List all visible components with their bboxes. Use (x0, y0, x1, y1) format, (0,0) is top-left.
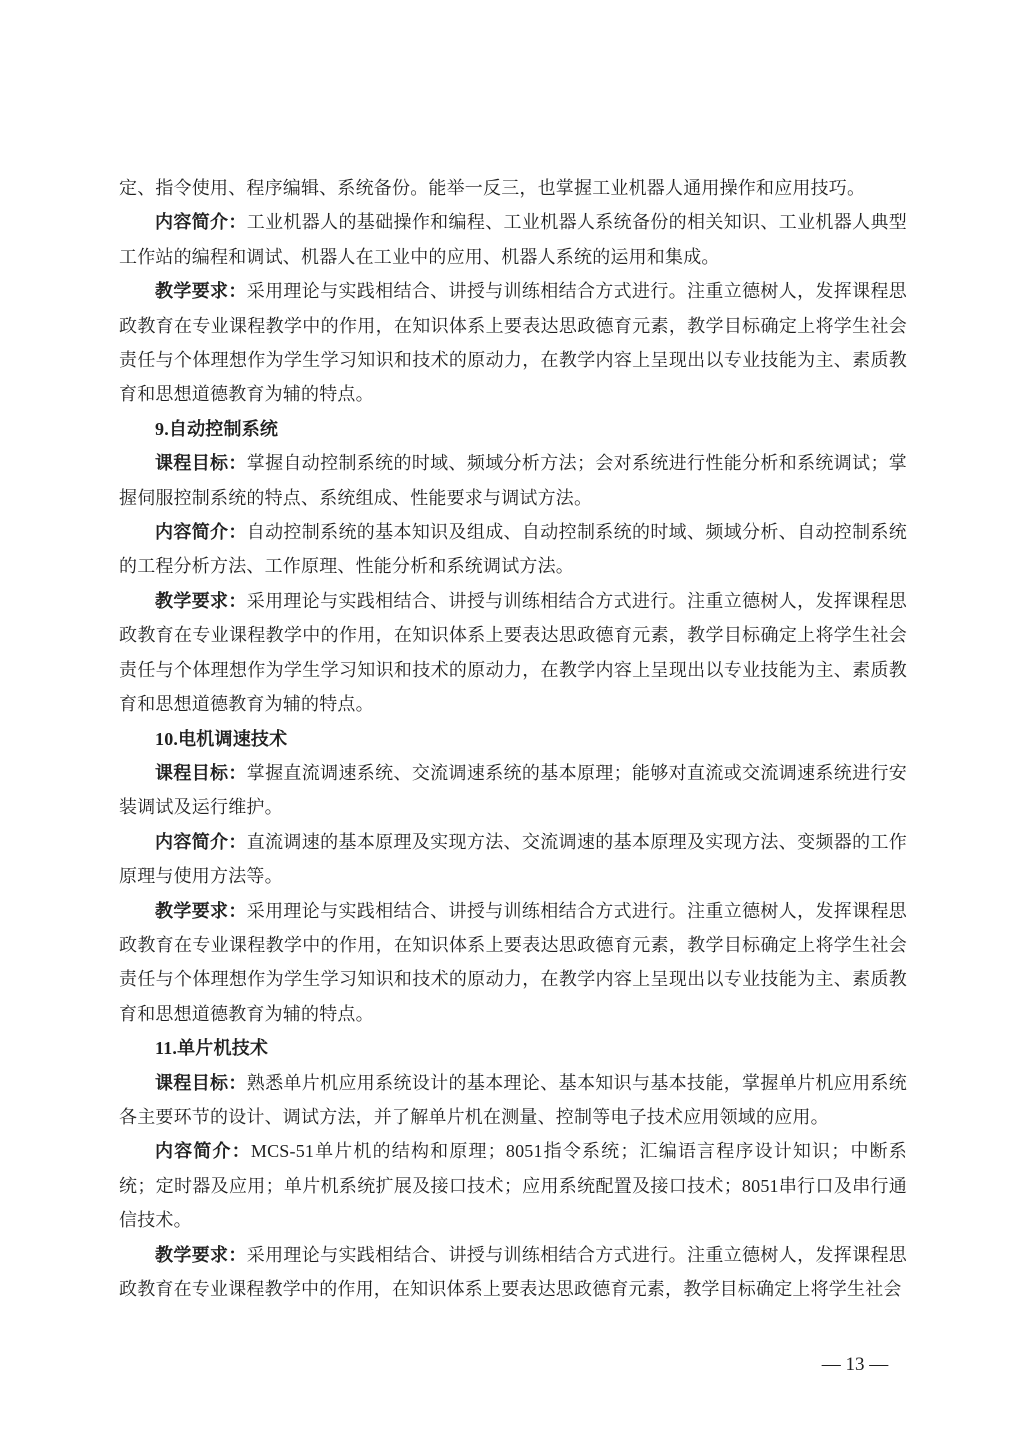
section-heading: 11.单片机技术 (119, 1031, 907, 1065)
paragraph-label: 教学要求： (155, 281, 247, 301)
paragraph: 教学要求：采用理论与实践相结合、讲授与训练相结合方式进行。注重立德树人，发挥课程… (119, 1238, 907, 1307)
paragraph-label: 课程目标： (155, 1073, 247, 1093)
paragraph: 教学要求：采用理论与实践相结合、讲授与训练相结合方式进行。注重立德树人，发挥课程… (119, 584, 907, 722)
paragraph: 教学要求：采用理论与实践相结合、讲授与训练相结合方式进行。注重立德树人，发挥课程… (119, 894, 907, 1032)
paragraph-label: 课程目标： (155, 453, 247, 473)
paragraph: 内容简介：工业机器人的基础操作和编程、工业机器人系统备份的相关知识、工业机器人典… (119, 205, 907, 274)
paragraph: 课程目标：熟悉单片机应用系统设计的基本理论、基本知识与基本技能，掌握单片机应用系… (119, 1066, 907, 1135)
paragraph: 定、指令使用、程序编辑、系统备份。能举一反三，也掌握工业机器人通用操作和应用技巧… (119, 171, 907, 205)
paragraph-label: 课程目标： (155, 763, 247, 783)
paragraph-label: 内容简介： (155, 522, 247, 542)
section-heading: 10.电机调速技术 (119, 722, 907, 756)
paragraph: 内容简介：MCS-51单片机的结构和原理；8051指令系统；汇编语言程序设计知识… (119, 1134, 907, 1237)
paragraph-label: 内容简介： (155, 212, 247, 232)
section-heading: 9.自动控制系统 (119, 412, 907, 446)
paragraph: 内容简介：直流调速的基本原理及实现方法、交流调速的基本原理及实现方法、变频器的工… (119, 825, 907, 894)
document-page: 定、指令使用、程序编辑、系统备份。能举一反三，也掌握工业机器人通用操作和应用技巧… (0, 0, 1024, 1448)
section-heading-text: 11.单片机技术 (155, 1038, 268, 1058)
section-heading-text: 10.电机调速技术 (155, 729, 287, 749)
paragraph: 教学要求：采用理论与实践相结合、讲授与训练相结合方式进行。注重立德树人，发挥课程… (119, 274, 907, 412)
paragraph: 课程目标：掌握直流调速系统、交流调速系统的基本原理；能够对直流或交流调速系统进行… (119, 756, 907, 825)
paragraph-label: 教学要求： (155, 1245, 247, 1265)
paragraph-text: 定、指令使用、程序编辑、系统备份。能举一反三，也掌握工业机器人通用操作和应用技巧… (119, 178, 865, 198)
paragraph-label: 教学要求： (155, 901, 247, 921)
paragraph: 课程目标：掌握自动控制系统的时域、频域分析方法；会对系统进行性能分析和系统调试；… (119, 446, 907, 515)
document-body: 定、指令使用、程序编辑、系统备份。能举一反三，也掌握工业机器人通用操作和应用技巧… (119, 171, 907, 1306)
paragraph-label: 内容简介： (155, 832, 247, 852)
paragraph-label: 教学要求： (155, 591, 247, 611)
paragraph: 内容简介：自动控制系统的基本知识及组成、自动控制系统的时域、频域分析、自动控制系… (119, 515, 907, 584)
page-number: — 13 — (760, 1350, 950, 1380)
paragraph-label: 内容简介： (155, 1141, 251, 1161)
section-heading-text: 9.自动控制系统 (155, 419, 278, 439)
